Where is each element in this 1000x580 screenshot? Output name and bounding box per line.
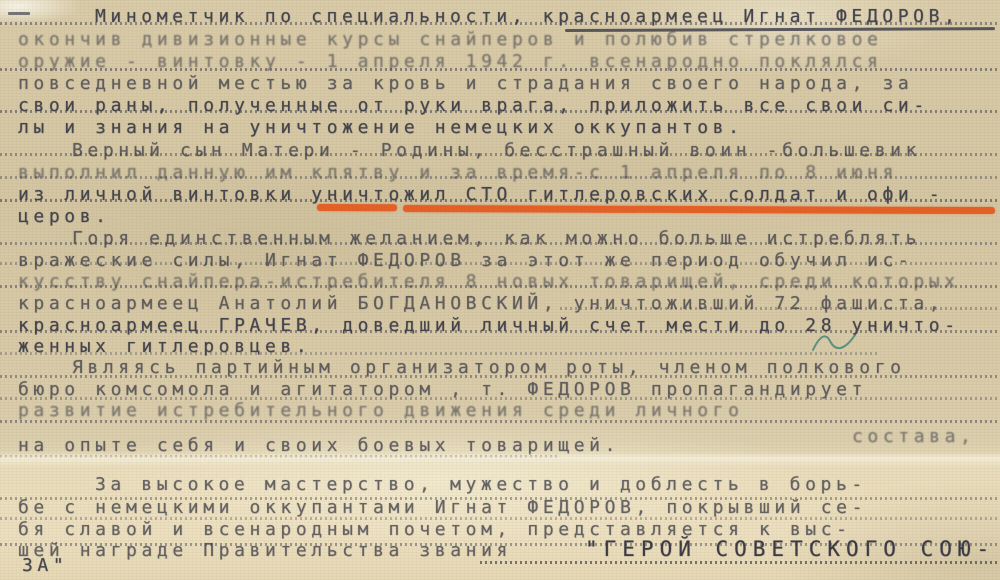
text-line: Горя единственным желанием, как можно бо… [72, 228, 921, 249]
text-line: церов. [18, 206, 111, 227]
text-line: лы и знания на уничтожение немецких окку… [18, 117, 744, 138]
text-line: шей награде Правительства звания [18, 540, 512, 561]
paper-seam [0, 452, 1000, 468]
orange-highlight-underline [317, 204, 397, 211]
text-line: бе с немецкими оккупантами Игнат ФЕДОРОВ… [18, 497, 867, 518]
text-line: развитие истребительного движения среди … [18, 400, 744, 421]
scanned-document-page: Минометчик по специальности, красноармее… [0, 0, 1000, 580]
text-line: окончив дивизионные курсы снайперов и по… [18, 29, 882, 50]
text-line: выполнил данную им клятву и за время-с 1… [18, 162, 898, 183]
orange-highlight-underline [403, 205, 995, 214]
text-line: женных гитлеровцев. [18, 336, 311, 357]
text-line: вражеские силы, Игнат ФЕДОРОВ за этот же… [18, 250, 913, 271]
text-line: бюро комсомола и агитатором , т. ФЕДОРОВ… [18, 379, 867, 400]
dotted-rule [480, 561, 1000, 564]
text-line: оружие - винтовку - 1 апреля 1942 г. все… [18, 51, 882, 72]
text-line: кусству снайпера-истребителя 8 новых тов… [18, 271, 960, 292]
text-line: из личной винтовки уничтожил СТО гитлеро… [18, 184, 944, 205]
text-line: Являясь партийным организатором роты, чл… [72, 357, 906, 378]
margin-dash [8, 12, 30, 15]
text-line: Верный сын Матери - Родины, бесстрашный … [72, 140, 921, 161]
text-line: За высокое мастерство, мужество и доблес… [95, 474, 867, 495]
text-line: Минометчик по специальности, красноармее… [95, 6, 959, 27]
text-line: ЗА" [22, 555, 68, 576]
text-line: состава, [852, 426, 976, 447]
text-line-emphasized: "ГЕРОЙ СОВЕТСКОГО СОЮ- [585, 537, 995, 561]
text-line: красноармеец Анатолий БОГДАНОВСКИЙ, унич… [18, 293, 944, 314]
text-line: красноармеец ГРАЧЕВ, доведший личный сче… [18, 315, 960, 336]
text-line: повседневной местью за кровь и страдания… [18, 73, 913, 94]
text-line: свои раны, полученные от руки врага, при… [18, 95, 929, 116]
